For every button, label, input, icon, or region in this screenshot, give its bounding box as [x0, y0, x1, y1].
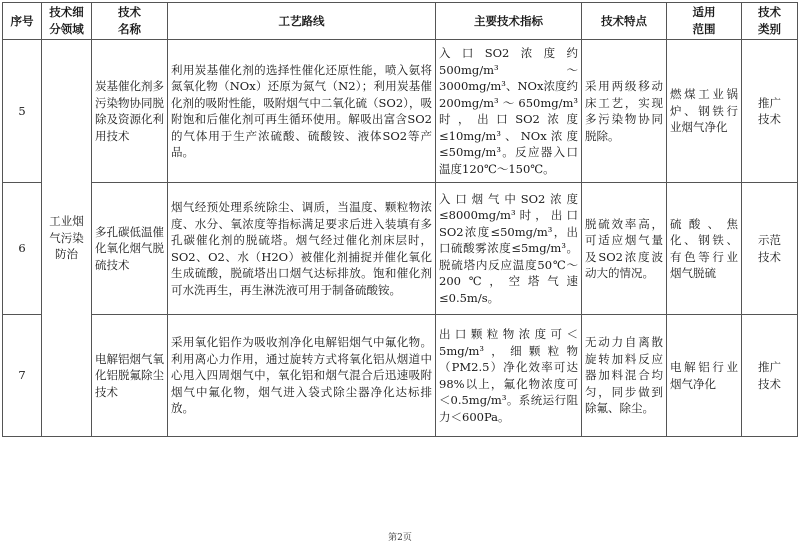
table-row: 7 电解铝烟气氧化铝脱氟除尘技术 采用氧化铝作为吸收剂净化电解铝烟气中氟化物。利…	[3, 315, 798, 437]
header-scope: 适用范围	[667, 3, 742, 40]
header-name: 技术名称	[92, 3, 168, 40]
row-features: 脱硫效率高，可适应烟气量及SO2浓度波动大的情况。	[582, 183, 667, 315]
row-route: 烟气经预处理系统除尘、调质，当温度、颗粒物浓度、水分、氧浓度等指标满足要求后进入…	[168, 183, 436, 315]
header-row: 序号 技术细分领域 技术名称 工艺路线 主要技术指标 技术特点 适用范围 技术类…	[3, 3, 798, 40]
table-row: 6 多孔碳低温催化氧化烟气脱硫技术 烟气经预处理系统除尘、调质，当温度、颗粒物浓…	[3, 183, 798, 315]
technology-table: 序号 技术细分领域 技术名称 工艺路线 主要技术指标 技术特点 适用范围 技术类…	[2, 2, 798, 437]
row-features: 无动力自离散旋转加料反应器加料混合均匀，同步做到除氟、除尘。	[582, 315, 667, 437]
header-features: 技术特点	[582, 3, 667, 40]
row-seq: 6	[3, 183, 42, 315]
row-route: 采用氧化铝作为吸收剂净化电解铝烟气中氟化物。利用离心力作用，通过旋转方式将氧化铝…	[168, 315, 436, 437]
row-scope: 电解铝行业烟气净化	[667, 315, 742, 437]
row-seq: 7	[3, 315, 42, 437]
row-category: 示范技术	[742, 183, 798, 315]
row-features: 采用两级移动床工艺，实现多污染物协同脱除。	[582, 40, 667, 183]
row-indicators: 入口烟气中SO2浓度≤8000mg/m³时，出口SO2浓度≤50mg/m³，出口…	[436, 183, 582, 315]
row-indicators: 出口颗粒物浓度可＜5mg/m³，细颗粒物（PM2.5）净化效率可达98%以上，氟…	[436, 315, 582, 437]
row-tech-name: 多孔碳低温催化氧化烟气脱硫技术	[92, 183, 168, 315]
header-category: 技术类别	[742, 3, 798, 40]
header-seq: 序号	[3, 3, 42, 40]
field-cell: 工业烟气污染防治	[42, 40, 92, 437]
row-seq: 5	[3, 40, 42, 183]
page-number: 第2页	[0, 530, 800, 543]
row-scope: 燃煤工业锅炉、钢铁行业烟气净化	[667, 40, 742, 183]
row-tech-name: 炭基催化剂多污染物协同脱除及资源化利用技术	[92, 40, 168, 183]
header-route: 工艺路线	[168, 3, 436, 40]
row-route: 利用炭基催化剂的选择性催化还原性能，喷入氨将氮氧化物（NOx）还原为氮气（N2）…	[168, 40, 436, 183]
row-category: 推广技术	[742, 40, 798, 183]
row-tech-name: 电解铝烟气氧化铝脱氟除尘技术	[92, 315, 168, 437]
header-indicators: 主要技术指标	[436, 3, 582, 40]
row-indicators: 入口SO2浓度约500mg/m³～3000mg/m³、NOx浓度约200mg/m…	[436, 40, 582, 183]
header-field: 技术细分领域	[42, 3, 92, 40]
row-scope: 硫酸、焦化、钢铁、有色等行业烟气脱硫	[667, 183, 742, 315]
row-category: 推广技术	[742, 315, 798, 437]
table-row: 5 工业烟气污染防治 炭基催化剂多污染物协同脱除及资源化利用技术 利用炭基催化剂…	[3, 40, 798, 183]
